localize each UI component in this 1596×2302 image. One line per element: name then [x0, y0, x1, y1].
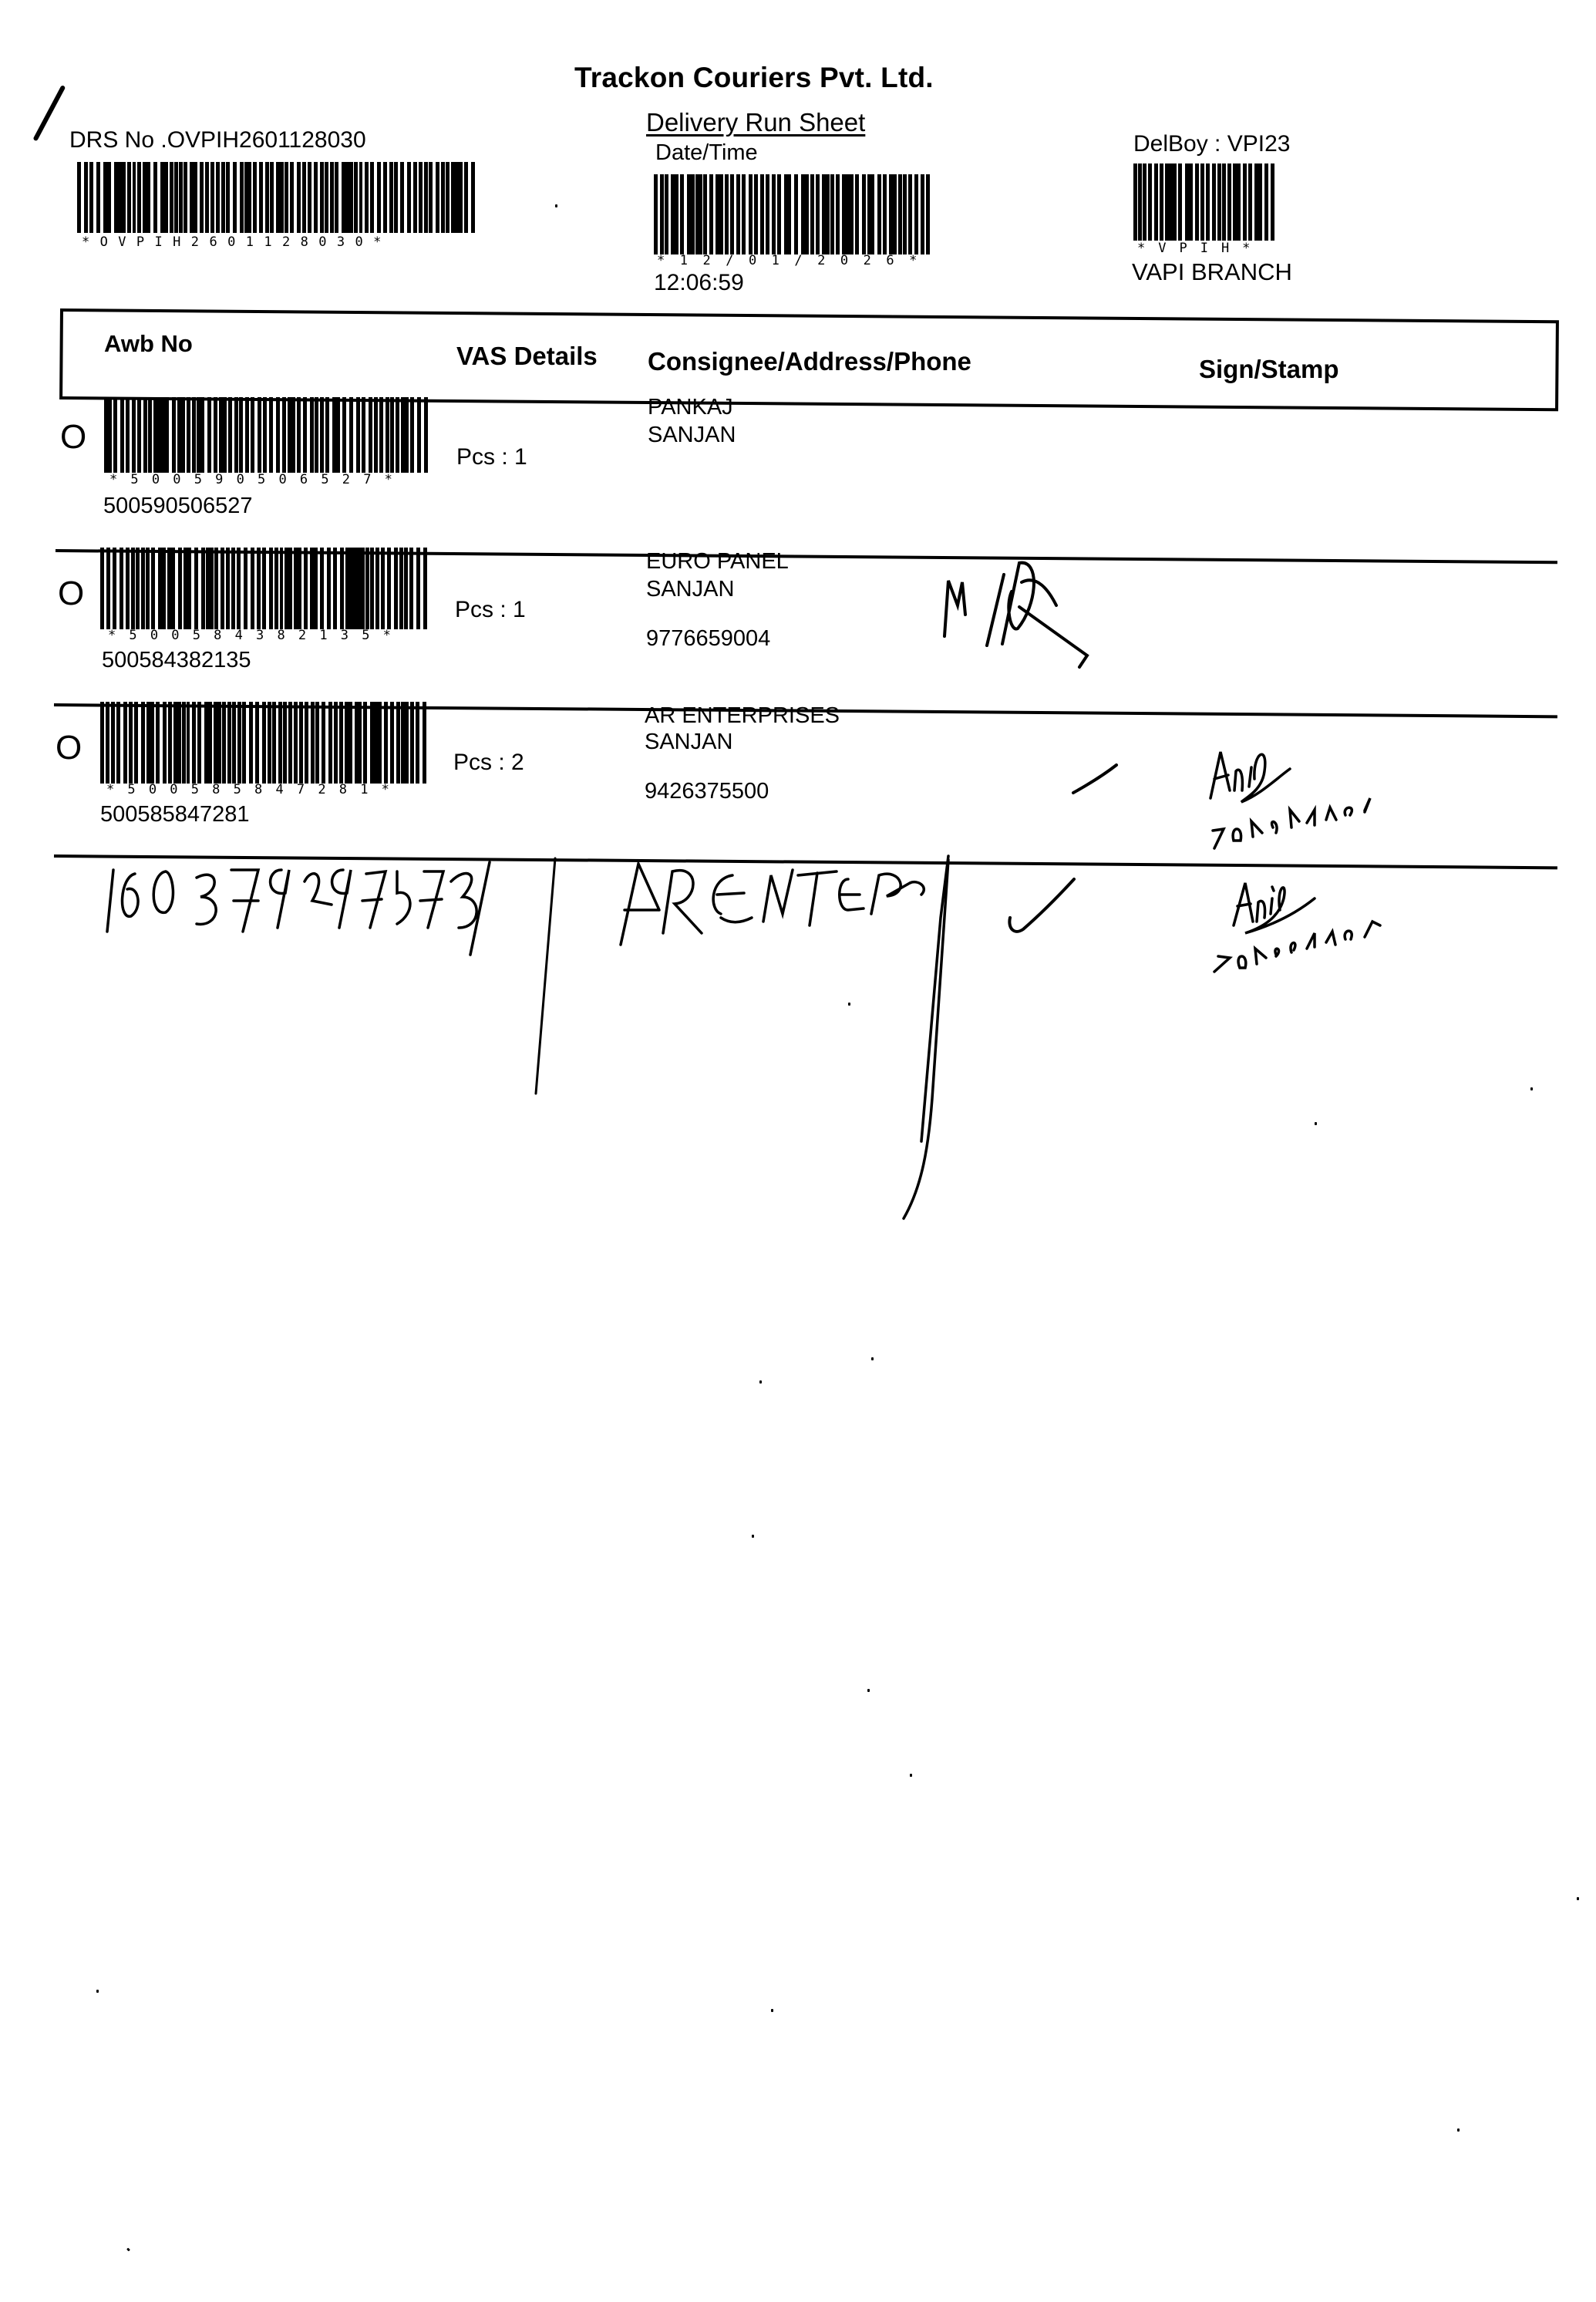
barcode-bar	[766, 174, 769, 254]
barcode-bar	[84, 162, 88, 233]
barcode-bar	[396, 397, 399, 473]
barcode-bar	[1248, 163, 1252, 241]
barcode-bar	[370, 548, 374, 629]
barcode-bar	[1200, 163, 1204, 241]
barcode-bar	[134, 702, 138, 784]
barcode-bar	[339, 702, 343, 784]
barcode-bar	[208, 702, 212, 784]
barcode-bar	[201, 548, 205, 629]
barcode-bar	[423, 702, 426, 784]
consignee-phone: 9426375500	[645, 779, 769, 804]
barcode-bar	[285, 162, 288, 233]
barcode-bar	[369, 397, 372, 473]
barcode-bar	[141, 548, 145, 629]
barcode-bar	[348, 702, 352, 784]
drs-barcode-caption: *OVPIH2601128030*	[82, 234, 392, 250]
row-marker: O	[56, 729, 82, 767]
barcode-bar	[251, 397, 254, 473]
barcode-bar	[322, 702, 325, 784]
barcode-bar	[405, 397, 409, 473]
barcode-bar	[413, 162, 417, 233]
barcode-bar	[429, 162, 433, 233]
barcode-bar	[116, 702, 120, 784]
barcode-bar	[272, 702, 276, 784]
barcode-bar	[262, 702, 266, 784]
barcode-bar	[297, 397, 301, 473]
scan-speck	[867, 1689, 870, 1692]
barcode-bar	[335, 162, 338, 233]
barcode-bar	[192, 397, 196, 473]
barcode-bar	[269, 397, 273, 473]
barcode-bar	[137, 162, 141, 233]
handwritten-signature	[1207, 736, 1453, 856]
barcode-bar	[298, 548, 301, 629]
barcode-bar	[830, 174, 834, 254]
barcode-bar	[137, 397, 141, 473]
barcode-bar	[106, 702, 109, 784]
barcode-bar	[107, 162, 111, 233]
barcode-bar	[389, 162, 393, 233]
barcode-bar	[665, 174, 668, 254]
barcode-bar	[274, 548, 278, 629]
barcode-bar	[291, 397, 295, 473]
barcode-bar	[182, 702, 186, 784]
barcode-bar	[407, 162, 411, 233]
barcode-bar	[133, 162, 136, 233]
row-marker: O	[60, 418, 86, 457]
barcode-bar	[1173, 163, 1177, 241]
barcode-bar	[320, 397, 324, 473]
barcode-bar	[179, 162, 183, 233]
barcode-bar	[305, 702, 308, 784]
barcode-bar	[381, 548, 385, 629]
run-time: 12:06:59	[654, 270, 744, 296]
barcode-bar	[184, 162, 187, 233]
barcode-bar	[787, 174, 791, 254]
barcode-bar	[459, 162, 463, 233]
consignee-address: SANJAN	[645, 730, 732, 755]
barcode-bar	[270, 162, 274, 233]
long-divider-stroke	[532, 854, 563, 1105]
barcode-bar	[262, 548, 266, 629]
pieces: Pcs : 1	[456, 444, 527, 470]
barcode-bar	[234, 397, 238, 473]
barcode-bar	[1227, 163, 1231, 241]
barcode-bar	[883, 174, 887, 254]
datetime-label: Date/Time	[655, 140, 758, 166]
company-title: Trackon Couriers Pvt. Ltd.	[574, 62, 934, 94]
awb-barcode-caption: *500590506527*	[109, 472, 406, 487]
barcode-bar	[709, 174, 713, 254]
barcode-bar	[174, 162, 178, 233]
barcode-bar	[760, 174, 764, 254]
barcode-bar	[205, 162, 209, 233]
barcode-bar	[333, 548, 337, 629]
barcode-bar	[165, 397, 169, 473]
barcode-bar	[120, 397, 124, 473]
barcode-bar	[374, 397, 378, 473]
barcode-bar	[1243, 163, 1247, 241]
delboy-barcode	[1133, 163, 1275, 241]
barcode-bar	[302, 162, 306, 233]
barcode-bar	[816, 174, 820, 254]
barcode-bar	[228, 397, 232, 473]
barcode-bar	[126, 548, 130, 629]
consignee-name: EURO PANEL	[646, 549, 789, 575]
barcode-bar	[311, 702, 315, 784]
barcode-bar	[268, 702, 271, 784]
barcode-bar	[898, 174, 902, 254]
barcode-bar	[1217, 163, 1221, 241]
consignee-name: PANKAJ	[648, 395, 733, 420]
barcode-bar	[200, 162, 204, 233]
barcode-bar	[675, 174, 678, 254]
barcode-bar	[1189, 163, 1193, 241]
pen-mark	[32, 85, 66, 141]
barcode-bar	[200, 397, 204, 473]
barcode-bar	[1264, 163, 1268, 241]
barcode-bar	[226, 548, 230, 629]
barcode-bar	[390, 397, 394, 473]
barcode-bar	[1206, 163, 1210, 241]
barcode-bar	[278, 702, 282, 784]
barcode-bar	[237, 548, 241, 629]
barcode-bar	[280, 548, 284, 629]
awb-number: 500590506527	[103, 494, 253, 519]
barcode-bar	[836, 174, 840, 254]
barcode-bar	[410, 702, 414, 784]
barcode-bar	[151, 548, 155, 629]
barcode-bar	[370, 162, 374, 233]
barcode-bar	[405, 702, 409, 784]
barcode-bar	[194, 548, 198, 629]
delboy-barcode-caption: *VPIH*	[1137, 241, 1263, 256]
barcode-bar	[231, 548, 235, 629]
barcode-bar	[171, 548, 175, 629]
barcode-bar	[1138, 163, 1142, 241]
barcode-bar	[805, 174, 809, 254]
barcode-bar	[314, 548, 318, 629]
barcode-bar	[122, 162, 126, 233]
barcode-bar	[349, 397, 353, 473]
barcode-bar	[423, 548, 427, 629]
barcode-bar	[810, 174, 814, 254]
barcode-bar	[245, 397, 249, 473]
barcode-bar	[156, 702, 160, 784]
barcode-bar	[400, 162, 404, 233]
barcode-bar	[1271, 163, 1274, 241]
barcode-bar	[396, 702, 400, 784]
barcode-bar	[394, 548, 398, 629]
barcode-bar	[1212, 163, 1216, 241]
barcode-bar	[297, 162, 301, 233]
barcode-bar	[342, 397, 346, 473]
branch-name: VAPI BRANCH	[1132, 258, 1292, 286]
consignee-name: AR ENTERPRISES	[645, 703, 840, 729]
barcode-bar	[214, 397, 217, 473]
barcode-bar	[384, 702, 388, 784]
drs-barcode	[77, 162, 478, 233]
barcode-bar	[216, 162, 220, 233]
barcode-bar	[288, 548, 292, 629]
scan-speck	[1457, 2128, 1460, 2132]
barcode-bar	[227, 702, 231, 784]
barcode-bar	[164, 162, 168, 233]
barcode-bar	[315, 702, 319, 784]
check-mark-icon	[1072, 762, 1118, 800]
barcode-bar	[108, 397, 112, 473]
pieces: Pcs : 1	[455, 597, 526, 623]
barcode-bar	[178, 548, 182, 629]
barcode-bar	[223, 397, 227, 473]
barcode-bar	[719, 174, 723, 254]
scan-speck	[1530, 1087, 1533, 1090]
handwritten-awb	[104, 854, 536, 966]
scan-speck	[1315, 1122, 1317, 1125]
barcode-bar	[315, 397, 318, 473]
barcode-bar	[132, 397, 136, 473]
barcode-bar	[77, 162, 81, 233]
barcode-bar	[654, 174, 658, 254]
barcode-bar	[359, 162, 363, 233]
consignee-phone: 9776659004	[646, 626, 770, 652]
barcode-bar	[153, 162, 157, 233]
barcode-bar	[187, 548, 191, 629]
barcode-bar	[794, 174, 798, 254]
barcode-bar	[328, 702, 332, 784]
barcode-bar	[660, 174, 664, 254]
long-bracket-stroke	[902, 856, 964, 1230]
barcode-bar	[237, 702, 241, 784]
consignee-address: SANJAN	[648, 423, 736, 448]
barcode-bar	[217, 702, 221, 784]
barcode-bar	[772, 174, 776, 254]
barcode-bar	[903, 174, 907, 254]
barcode-bar	[131, 548, 135, 629]
barcode-bar	[263, 397, 267, 473]
barcode-bar	[390, 702, 394, 784]
barcode-bar	[855, 174, 859, 254]
delivery-boy: DelBoy : VPI23	[1133, 131, 1290, 157]
barcode-bar	[253, 162, 257, 233]
barcode-bar	[194, 162, 197, 233]
barcode-bar	[1143, 163, 1146, 241]
barcode-bar	[417, 397, 421, 473]
barcode-bar	[240, 162, 244, 233]
drs-number: DRS No .OVPIH2601128030	[69, 127, 366, 153]
barcode-bar	[283, 702, 287, 784]
barcode-bar	[436, 162, 439, 233]
barcode-bar	[336, 397, 340, 473]
barcode-bar	[410, 397, 414, 473]
row-marker: O	[58, 575, 84, 613]
barcode-bar	[354, 162, 358, 233]
scan-speck	[848, 1003, 850, 1006]
awb-barcode	[104, 397, 432, 473]
barcode-bar	[258, 397, 261, 473]
barcode-bar	[123, 702, 127, 784]
barcode-bar	[100, 702, 104, 784]
barcode-bar	[214, 548, 218, 629]
barcode-bar	[136, 548, 140, 629]
barcode-bar	[375, 548, 379, 629]
scan-speck	[96, 1990, 99, 1993]
barcode-bar	[290, 162, 294, 233]
consignee-address: SANJAN	[646, 577, 734, 602]
barcode-bar	[146, 548, 150, 629]
barcode-bar	[1160, 163, 1163, 241]
barcode-bar	[251, 548, 254, 629]
barcode-bar	[288, 702, 292, 784]
barcode-bar	[127, 162, 131, 233]
awb-barcode-caption: *500584382135*	[108, 628, 404, 643]
barcode-bar	[416, 702, 419, 784]
barcode-bar	[394, 162, 398, 233]
barcode-bar	[1258, 163, 1262, 241]
barcode-bar	[777, 174, 781, 254]
barcode-bar	[1148, 163, 1152, 241]
barcode-bar	[914, 174, 918, 254]
check-mark-icon	[1006, 875, 1076, 941]
barcode-bar	[221, 162, 225, 233]
barcode-bar	[387, 548, 391, 629]
barcode-bar	[308, 162, 311, 233]
barcode-bar	[349, 162, 353, 233]
header-vas: VAS Details	[456, 342, 598, 371]
barcode-bar	[244, 548, 247, 629]
barcode-bar	[359, 702, 362, 784]
header-awb: Awb No	[104, 330, 193, 358]
awb-barcode	[100, 702, 428, 784]
barcode-bar	[850, 174, 854, 254]
barcode-bar	[826, 174, 830, 254]
barcode-bar	[362, 397, 365, 473]
barcode-bar	[172, 397, 176, 473]
barcode-bar	[106, 548, 110, 629]
barcode-bar	[150, 702, 154, 784]
barcode-bar	[334, 702, 338, 784]
barcode-bar	[163, 702, 167, 784]
barcode-bar	[187, 397, 190, 473]
barcode-bar	[742, 174, 746, 254]
barcode-bar	[100, 548, 104, 629]
barcode-bar	[340, 548, 344, 629]
barcode-bar	[464, 162, 468, 233]
barcode-bar	[232, 702, 236, 784]
scan-speck	[752, 1535, 754, 1538]
awb-number: 500584382135	[102, 648, 251, 673]
barcode-bar	[361, 548, 365, 629]
barcode-bar	[1133, 163, 1137, 241]
barcode-bar	[1222, 163, 1226, 241]
barcode-bar	[314, 162, 318, 233]
barcode-bar	[221, 548, 224, 629]
barcode-bar	[126, 397, 130, 473]
barcode-bar	[379, 397, 383, 473]
barcode-bar	[146, 162, 150, 233]
barcode-bar	[197, 702, 201, 784]
barcode-bar	[424, 162, 428, 233]
barcode-bar	[89, 162, 93, 233]
barcode-bar	[320, 548, 324, 629]
barcode-bar	[207, 397, 211, 473]
barcode-bar	[280, 162, 284, 233]
date-barcode-caption: *12/01/2026*	[657, 253, 932, 268]
barcode-bar	[265, 162, 269, 233]
header-sign: Sign/Stamp	[1199, 355, 1339, 384]
barcode-bar	[378, 702, 382, 784]
barcode-bar	[141, 702, 145, 784]
barcode-bar	[320, 162, 324, 233]
scan-speck	[910, 1774, 912, 1777]
barcode-bar	[446, 162, 450, 233]
barcode-bar	[226, 162, 230, 233]
barcode-bar	[162, 548, 166, 629]
handwritten-signature	[941, 559, 1157, 671]
barcode-bar	[143, 397, 147, 473]
awb-barcode	[100, 548, 430, 629]
barcode-bar	[877, 174, 881, 254]
barcode-bar	[222, 702, 226, 784]
barcode-bar	[1154, 163, 1158, 241]
header-consignee: Consignee/Address/Phone	[648, 347, 971, 376]
scan-speck	[126, 2248, 130, 2252]
barcode-bar	[1237, 163, 1241, 241]
barcode-bar	[248, 162, 252, 233]
barcode-bar	[325, 397, 329, 473]
barcode-bar	[870, 174, 874, 254]
barcode-bar	[210, 548, 214, 629]
barcode-bar	[177, 702, 181, 784]
awb-barcode-caption: *500585847281*	[106, 782, 402, 797]
sheet-title: Delivery Run Sheet	[646, 108, 865, 137]
barcode-bar	[239, 397, 243, 473]
scan-speck	[759, 1380, 762, 1384]
barcode-bar	[416, 548, 420, 629]
barcode-bar	[255, 702, 259, 784]
barcode-bar	[242, 702, 246, 784]
barcode-bar	[96, 162, 100, 233]
scan-speck	[1577, 1897, 1579, 1900]
barcode-bar	[749, 174, 753, 254]
barcode-bar	[129, 702, 133, 784]
awb-number: 500585847281	[100, 802, 250, 827]
barcode-bar	[365, 548, 369, 629]
barcode-bar	[282, 397, 286, 473]
barcode-bar	[181, 397, 185, 473]
barcode-bar	[233, 162, 237, 233]
barcode-bar	[926, 174, 930, 254]
barcode-bar	[383, 162, 387, 233]
barcode-bar	[269, 548, 273, 629]
barcode-bar	[921, 174, 924, 254]
barcode-bar	[210, 162, 214, 233]
barcode-bar	[168, 702, 172, 784]
barcode-bar	[327, 548, 331, 629]
barcode-bar	[736, 174, 740, 254]
barcode-bar	[399, 548, 403, 629]
barcode-bar	[725, 174, 729, 254]
barcode-bar	[276, 397, 280, 473]
barcode-bar	[893, 174, 897, 254]
barcode-bar	[754, 174, 758, 254]
barcode-bar	[257, 548, 261, 629]
barcode-bar	[441, 162, 445, 233]
barcode-bar	[192, 702, 196, 784]
barcode-bar	[908, 174, 912, 254]
pieces: Pcs : 2	[453, 750, 524, 776]
barcode-bar	[170, 162, 173, 233]
